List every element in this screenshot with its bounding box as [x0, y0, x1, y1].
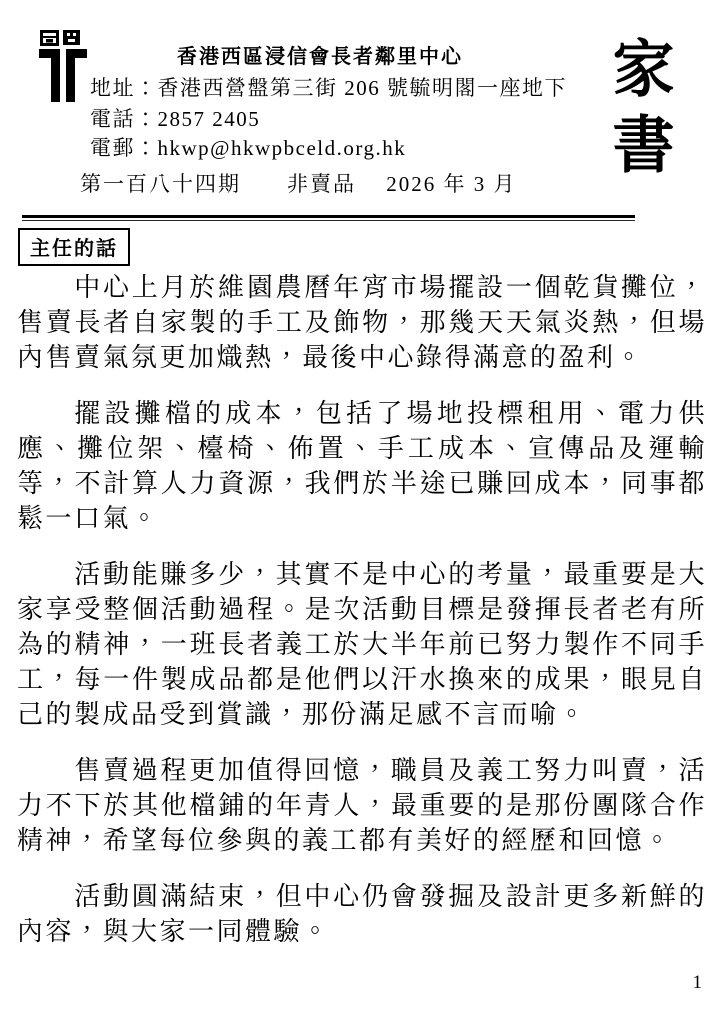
- address-line: 地址：香港西營盤第三街 206 號毓明閣一座地下: [90, 72, 567, 102]
- double-cross-logo-icon: [38, 28, 88, 102]
- header-divider: [22, 215, 635, 221]
- paragraph: 售賣過程更加值得回憶，職員及義工努力叫賣，活力不下於其他檔鋪的年青人，最重要的是…: [17, 753, 707, 858]
- page-number: 1: [693, 972, 703, 994]
- email-line: 電郵：hkwp@hkwpbceld.org.hk: [90, 132, 406, 162]
- article-body: 中心上月於維園農曆年宵市場擺設一個乾貨攤位，售賣長者自家製的手工及飾物，那幾天天…: [17, 270, 707, 970]
- newsletter-page: 香港西區浸信會長者鄰里中心 地址：香港西營盤第三街 206 號毓明閣一座地下 電…: [0, 0, 724, 1024]
- section-title: 主任的話: [30, 238, 118, 260]
- paragraph: 活動能賺多少，其實不是中心的考量，最重要是大家享受整個活動過程。是次活動目標是發…: [17, 557, 707, 732]
- paragraph: 活動圓滿結束，但中心仍會發掘及設計更多新鮮的內容，與大家一同體驗。: [17, 879, 707, 949]
- issue-line: 第一百八十四期 非賣品 2026 年 3 月: [80, 168, 480, 198]
- paragraph: 中心上月於維園農曆年宵市場擺設一個乾貨攤位，售賣長者自家製的手工及飾物，那幾天天…: [17, 270, 707, 375]
- section-title-box: 主任的話: [18, 228, 130, 266]
- masthead-title: 家書: [606, 36, 668, 188]
- paragraph: 擺設攤檔的成本，包括了場地投標租用、電力供應、攤位架、檯椅、佈置、手工成本、宣傳…: [17, 396, 707, 536]
- phone-line: 電話：2857 2405: [90, 103, 260, 133]
- org-name: 香港西區浸信會長者鄰里中心: [90, 40, 550, 69]
